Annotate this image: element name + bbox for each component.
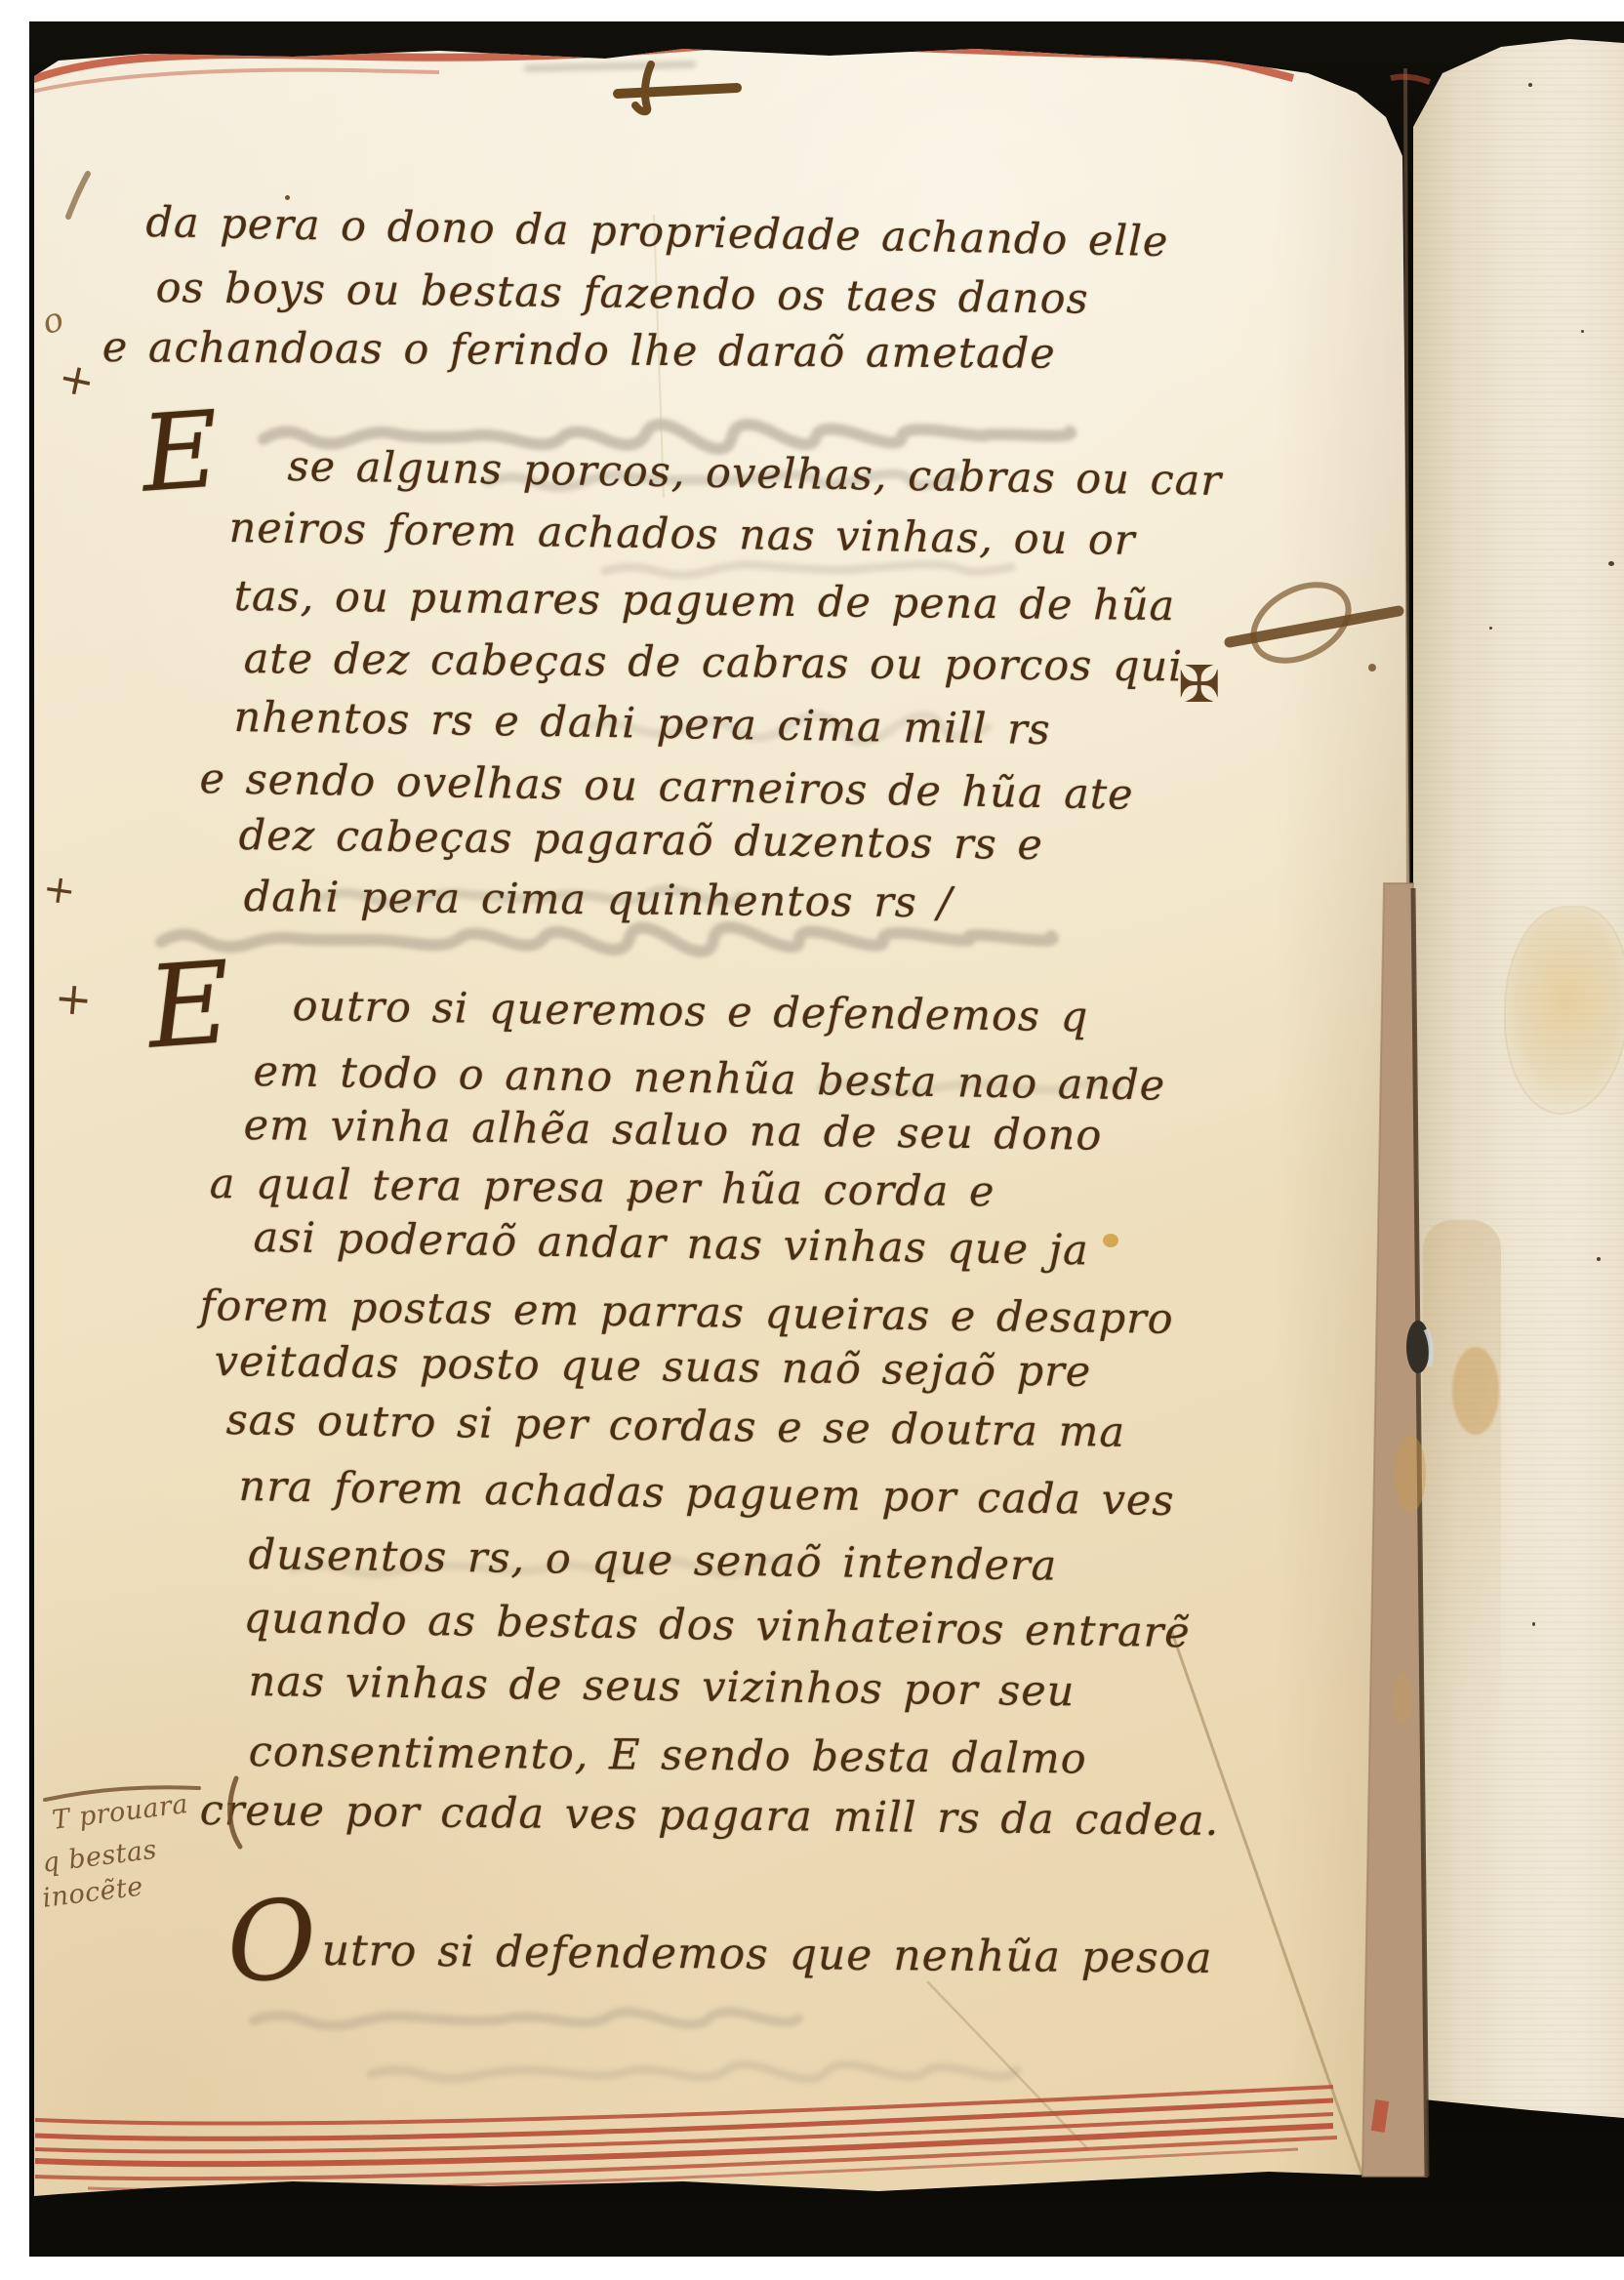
text-line: em vinha alhẽa saluo na de seu dono bbox=[243, 1103, 1102, 1160]
text-line: e achandoas o ferindo lhe daraõ ametade bbox=[102, 325, 1056, 378]
stain bbox=[1506, 908, 1624, 1113]
wormhole bbox=[1406, 1321, 1430, 1373]
maltese-cross-mark: ✠ bbox=[1178, 660, 1221, 711]
text-line: utro si defendemos que nenhũa pesoa bbox=[322, 1928, 1213, 1982]
corner-pen-stroke bbox=[62, 168, 101, 226]
text-line: ate dez cabeças de cabras ou porcos qui bbox=[244, 636, 1184, 691]
cross-mark: + bbox=[53, 974, 94, 1022]
scanned-manuscript-spread: o + + + ✠ da pera o dono da propriedade … bbox=[0, 0, 1624, 2280]
text-line: consentimento, E sendo besta dalmo bbox=[249, 1730, 1087, 1783]
speck bbox=[1528, 83, 1532, 87]
speck bbox=[285, 195, 290, 200]
speck bbox=[1597, 1257, 1601, 1261]
header-tick-mark bbox=[590, 57, 766, 125]
cross-mark: + bbox=[40, 869, 78, 912]
speck bbox=[1489, 627, 1492, 630]
speck bbox=[1608, 561, 1614, 566]
text-line: dahi pera cima quinhentos rs / bbox=[244, 875, 954, 927]
flourished-initial: O bbox=[224, 1891, 319, 1993]
marginal-note-bracket bbox=[217, 1774, 256, 1852]
text-line: a qual tera presa per hũa corda e bbox=[210, 1161, 995, 1216]
text-line: nas vinhas de seus vizinhos por seu bbox=[248, 1659, 1075, 1716]
text-line: dez cabeças pagaraõ duzentos rs e bbox=[238, 813, 1043, 869]
speck bbox=[1532, 1622, 1535, 1626]
flourished-initial: E bbox=[139, 403, 222, 503]
speck bbox=[1581, 330, 1584, 333]
book-gutter bbox=[1352, 39, 1459, 2245]
flourished-initial: E bbox=[144, 953, 234, 1060]
text-line: creue por cada ves pagara mill rs da cad… bbox=[200, 1788, 1220, 1845]
stain bbox=[1103, 1234, 1118, 1247]
manuscript-page: o + + + ✠ da pera o dono da propriedade … bbox=[29, 39, 1413, 2201]
stain bbox=[1452, 1347, 1499, 1435]
text-line: tas, ou pumares paguem de pena de hũa bbox=[234, 574, 1176, 630]
text-line: veitadas posto que suas naõ sejaõ pre bbox=[214, 1339, 1091, 1396]
